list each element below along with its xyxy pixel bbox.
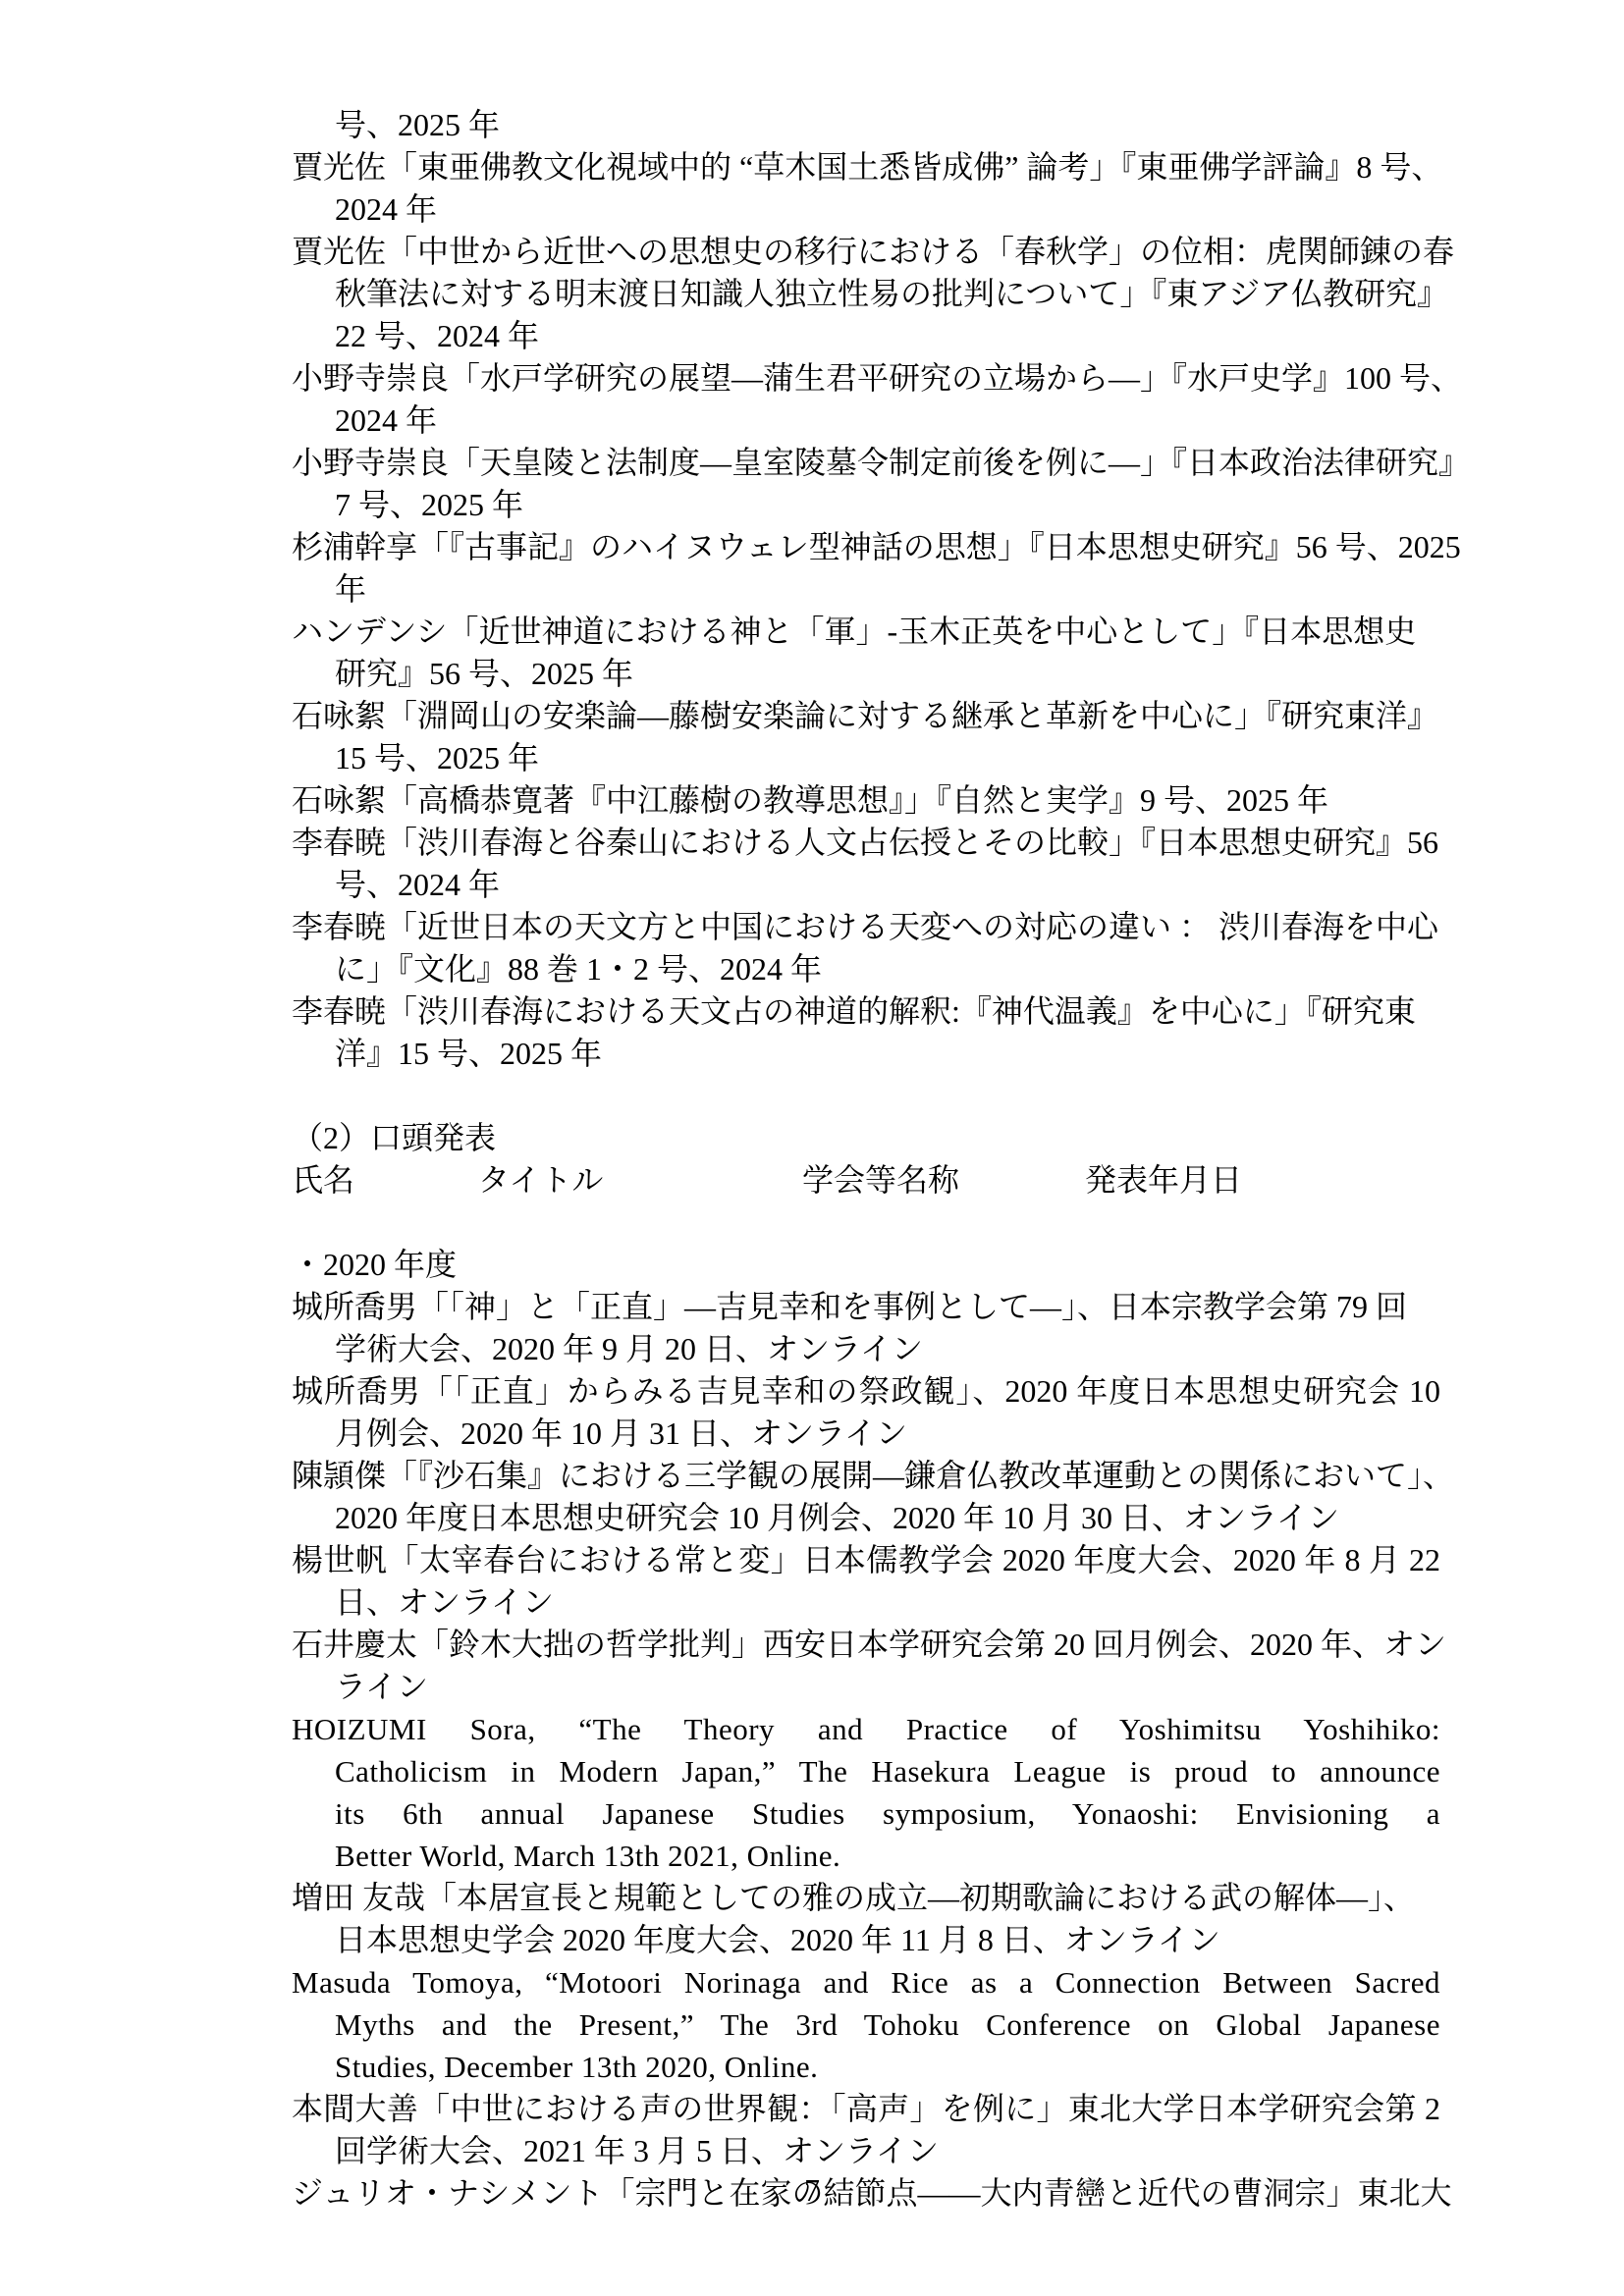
doc-line: 2024 年 xyxy=(292,400,1440,442)
doc-line: 李春暁「渋川春海と谷秦山における人文占伝授とその比較」『日本思想史研究』56 xyxy=(292,822,1440,864)
section-heading: （2）口頭発表 xyxy=(292,1117,1440,1159)
doc-line: 李春暁「近世日本の天文方と中国における天変への対応の違い ： 渋川春海を中心 xyxy=(292,906,1440,948)
doc-line: 城所喬男「「正直」からみる吉見幸和の祭政観」、2020 年度日本思想史研究会 1… xyxy=(292,1370,1440,1413)
document-lines: 号、2025 年賈光佐「東亜佛教文化視域中的 “草木国土悉皆成佛” 論考」『東亜… xyxy=(292,104,1440,2215)
doc-line: 2024 年 xyxy=(292,188,1440,231)
doc-line: 月例会、2020 年 10 月 31 日、オンライン xyxy=(292,1413,1440,1455)
doc-line: 15 号、2025 年 xyxy=(292,737,1440,779)
table-header-cell: 学会等名称 xyxy=(802,1159,959,1201)
doc-line: 城所喬男「「神」と「正直」―吉見幸和を事例として―」、日本宗教学会第 79 回 xyxy=(292,1286,1440,1328)
doc-line: 石咏絮「高橋恭寛著『中江藤樹の教導思想』」『自然と実学』9 号、2025 年 xyxy=(292,779,1440,822)
doc-line: 学術大会、2020 年 9 月 20 日、オンライン xyxy=(292,1328,1440,1370)
doc-line: Studies, December 13th 2020, Online. xyxy=(292,2046,1440,2088)
doc-line: ハンデンシ「近世神道における神と「軍」-玉木正英を中心として」『日本思想史 xyxy=(292,611,1440,653)
doc-line: 賈光佐「東亜佛教文化視域中的 “草木国土悉皆成佛” 論考」『東亜佛学評論』8 号… xyxy=(292,146,1440,188)
doc-line: 小野寺崇良「天皇陵と法制度―皇室陵墓令制定前後を例に―」『日本政治法律研究』 xyxy=(292,442,1440,484)
doc-line: Masuda Tomoya, “Motoori Norinaga and Ric… xyxy=(292,1961,1440,2003)
doc-line: its 6th annual Japanese Studies symposiu… xyxy=(292,1792,1440,1835)
page-number: 7 xyxy=(0,2169,1624,2212)
doc-line: 年 xyxy=(292,568,1440,611)
doc-line: ライン xyxy=(292,1666,1440,1708)
doc-line: 楊世帆「太宰春台における常と変」日本儒教学会 2020 年度大会、2020 年 … xyxy=(292,1539,1440,1581)
doc-line: 研究』56 号、2025 年 xyxy=(292,653,1440,695)
doc-line: 号、2025 年 xyxy=(292,104,1440,146)
doc-line: 秋筆法に対する明末渡日知識人独立性易の批判について」『東アジア仏教研究』 xyxy=(292,273,1440,315)
doc-line: 7 号、2025 年 xyxy=(292,484,1440,526)
doc-line: 回学術大会、2021 年 3 月 5 日、オンライン xyxy=(292,2130,1440,2172)
doc-line: HOIZUMI Sora, “The Theory and Practice o… xyxy=(292,1708,1440,1750)
table-header-cell: 発表年月日 xyxy=(1085,1159,1242,1201)
blank-line xyxy=(292,1075,1440,1117)
doc-line: 陳頴傑「『沙石集』における三学観の展開―鎌倉仏教改革運動との関係において」、 xyxy=(292,1455,1440,1497)
doc-line: 日、オンライン xyxy=(292,1581,1440,1624)
doc-line: 李春暁「渋川春海における天文占の神道的解釈:『神代温義』を中心に」『研究東 xyxy=(292,990,1440,1033)
doc-line: Catholicism in Modern Japan,” The Haseku… xyxy=(292,1750,1440,1792)
doc-line: 22 号、2024 年 xyxy=(292,315,1440,357)
doc-line: に」『文化』88 巻 1・2 号、2024 年 xyxy=(292,948,1440,990)
document-page: { "page": { "number": "7" }, "document":… xyxy=(0,0,1624,2296)
year-label: ・2020 年度 xyxy=(292,1244,1440,1286)
doc-line: Better World, March 13th 2021, Online. xyxy=(292,1835,1440,1877)
doc-line: 号、2024 年 xyxy=(292,864,1440,906)
table-header-cell: タイトル xyxy=(478,1159,603,1201)
doc-line: 本間大善「中世における声の世界観：「高声」を例に」東北大学日本学研究会第 2 xyxy=(292,2088,1440,2130)
doc-line: 小野寺崇良「水戸学研究の展望―蒲生君平研究の立場から―」『水戸史学』100 号、 xyxy=(292,357,1440,400)
doc-line: 増田 友哉「本居宣長と規範としての雅の成立―初期歌論における武の解体―」、 xyxy=(292,1877,1440,1919)
doc-line: 石井慶太「鈴木大拙の哲学批判」西安日本学研究会第 20 回月例会、2020 年、… xyxy=(292,1624,1440,1666)
doc-line: 賈光佐「中世から近世への思想史の移行における「春秋学」の位相：虎関師錬の春 xyxy=(292,231,1440,273)
doc-line: 洋』15 号、2025 年 xyxy=(292,1033,1440,1075)
doc-line: Myths and the Present,” The 3rd Tohoku C… xyxy=(292,2003,1440,2046)
table-header-cell: 氏名 xyxy=(292,1159,354,1201)
table-header-row: 氏名タイトル学会等名称発表年月日 xyxy=(292,1159,1440,1201)
doc-line: 石咏絮「淵岡山の安楽論―藤樹安楽論に対する継承と革新を中心に」『研究東洋』 xyxy=(292,695,1440,737)
doc-line: 2020 年度日本思想史研究会 10 月例会、2020 年 10 月 30 日、… xyxy=(292,1497,1440,1539)
doc-line: 日本思想史学会 2020 年度大会、2020 年 11 月 8 日、オンライン xyxy=(292,1919,1440,1961)
doc-line: 杉浦幹享「『古事記』のハイヌウェレ型神話の思想」『日本思想史研究』56 号、20… xyxy=(292,526,1440,568)
blank-line xyxy=(292,1201,1440,1244)
